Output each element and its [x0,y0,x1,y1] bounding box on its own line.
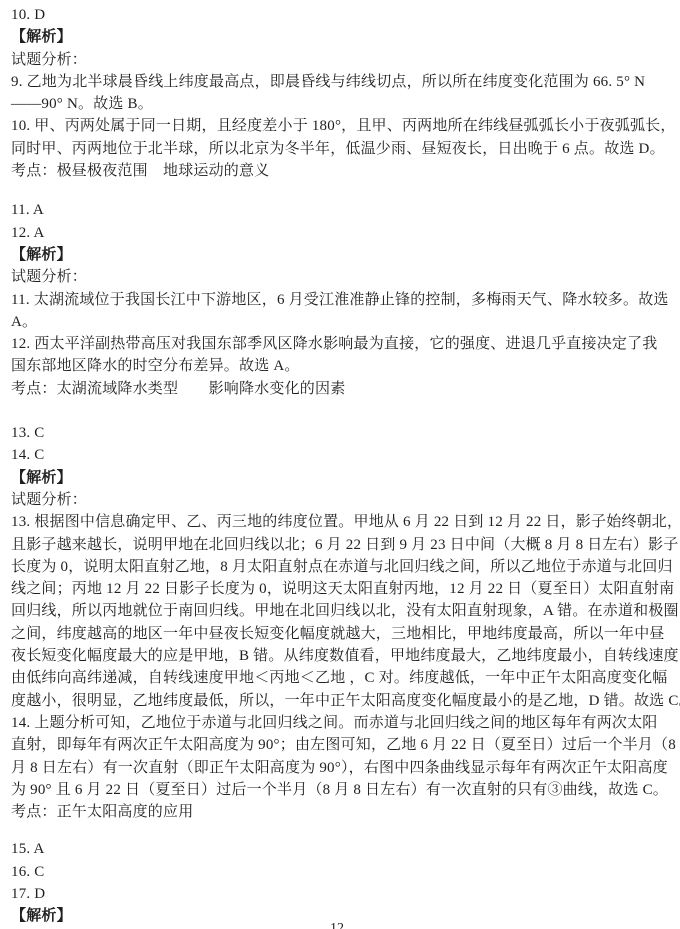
analysis-header: 【解析】 [11,26,670,48]
body-line: 考点：极昼极夜范围 地球运动的意义 [11,160,670,182]
body-line: 10. 甲、丙两处属于同一日期，且经度差小于 180°，且甲、丙两地所在纬线昼弧… [11,115,670,137]
body-line: 长度为 0，说明太阳直射乙地，8 月太阳直射点在赤道与北回归线之间，所以乙地位于… [11,556,670,578]
body-line: 考点：太湖流域降水类型 影响降水变化的因素 [11,378,670,400]
answer-line: 12. A [11,222,670,244]
answer-section-1: 10. D【解析】试题分析：9. 乙地为北半球晨昏线上纬度最高点，即晨昏线与纬线… [11,4,670,182]
answer-line: 11. A [11,199,670,221]
body-line: 月 8 日左右）有一次直射（即正午太阳高度为 90°），右图中四条曲线显示每年有… [11,757,670,779]
body-line: 且影子越来越长，说明甲地在北回归线以北；6 月 22 日到 9 月 23 日中间… [11,534,670,556]
answer-section-2: 11. A12. A【解析】试题分析：11. 太湖流域位于我国长江中下游地区，6… [11,199,670,400]
body-line: 为 90° 且 6 月 22 日（夏至日）过后一个半月（8 月 8 日左右）有一… [11,779,670,801]
body-line: 试题分析： [11,266,670,288]
body-line: 度越小，很明显，乙地纬度最低，所以，一年中正午太阳高度变化幅度最小的是乙地，D … [11,690,670,712]
body-line: 14. 上题分析可知，乙地位于赤道与北回归线之间。而赤道与北回归线之间的地区每年… [11,712,670,734]
body-line: 之间，纬度越高的地区一年中昼夜长短变化幅度就越大，三地相比，甲地纬度最高，所以一… [11,623,670,645]
body-line: 9. 乙地为北半球晨昏线上纬度最高点，即晨昏线与纬线切点，所以所在纬度变化范围为… [11,71,670,93]
body-line: 试题分析： [11,49,670,71]
body-line: 同时甲、丙两地位于北半球，所以北京为冬半年，低温少雨、昼短夜长，日出晚于 6 点… [11,138,670,160]
body-line: 试题分析： [11,489,670,511]
answer-section-3: 13. C14. C【解析】试题分析：13. 根据图中信息确定甲、乙、丙三地的纬… [11,422,670,823]
body-line: 由低纬向高纬递减，自转线速度甲地＜丙地＜乙地 ，C 对。纬度越低，一年中正午太阳… [11,667,670,689]
answer-line: 14. C [11,444,670,466]
body-line: 11. 太湖流域位于我国长江中下游地区，6 月受江淮准静止锋的控制，多梅雨天气、… [11,289,670,311]
body-line: 直射，即每年有两次正午太阳高度为 90°；由左图可知，乙地 6 月 22 日（夏… [11,734,670,756]
body-line: ——90° N。故选 B。 [11,93,670,115]
body-line: 国东部地区降水的时空分布差异。故选 A。 [11,355,670,377]
answer-line: 16. C [11,861,670,883]
body-line: 线之间；丙地 12 月 22 日影子长度为 0，说明这天太阳直射丙地，12 月 … [11,578,670,600]
body-line: 回归线，所以丙地就位于南回归线。甲地在北回归线以北，没有太阳直射现象，A 错。在… [11,600,670,622]
body-line: A。 [11,311,670,333]
body-line: 13. 根据图中信息确定甲、乙、丙三地的纬度位置。甲地从 6 月 22 日到 1… [11,511,670,533]
answer-section-4: 15. A16. C17. D【解析】 [11,838,670,927]
analysis-header: 【解析】 [11,244,670,266]
analysis-header: 【解析】 [11,467,670,489]
answer-line: 17. D [11,883,670,905]
answer-line: 13. C [11,422,670,444]
answer-line: 15. A [11,838,670,860]
body-line: 考点：正午太阳高度的应用 [11,801,670,823]
body-line: 12. 西太平洋副热带高压对我国东部季风区降水影响最为直接，它的强度、进退几乎直… [11,333,670,355]
page-number: 12 [330,921,344,929]
body-line: 夜长短变化幅度最大的应是甲地，B 错。从纬度数值看，甲地纬度最大，乙地纬度最小，… [11,645,670,667]
answer-line: 10. D [11,4,670,26]
document-page: 10. D【解析】试题分析：9. 乙地为北半球晨昏线上纬度最高点，即晨昏线与纬线… [0,0,680,928]
